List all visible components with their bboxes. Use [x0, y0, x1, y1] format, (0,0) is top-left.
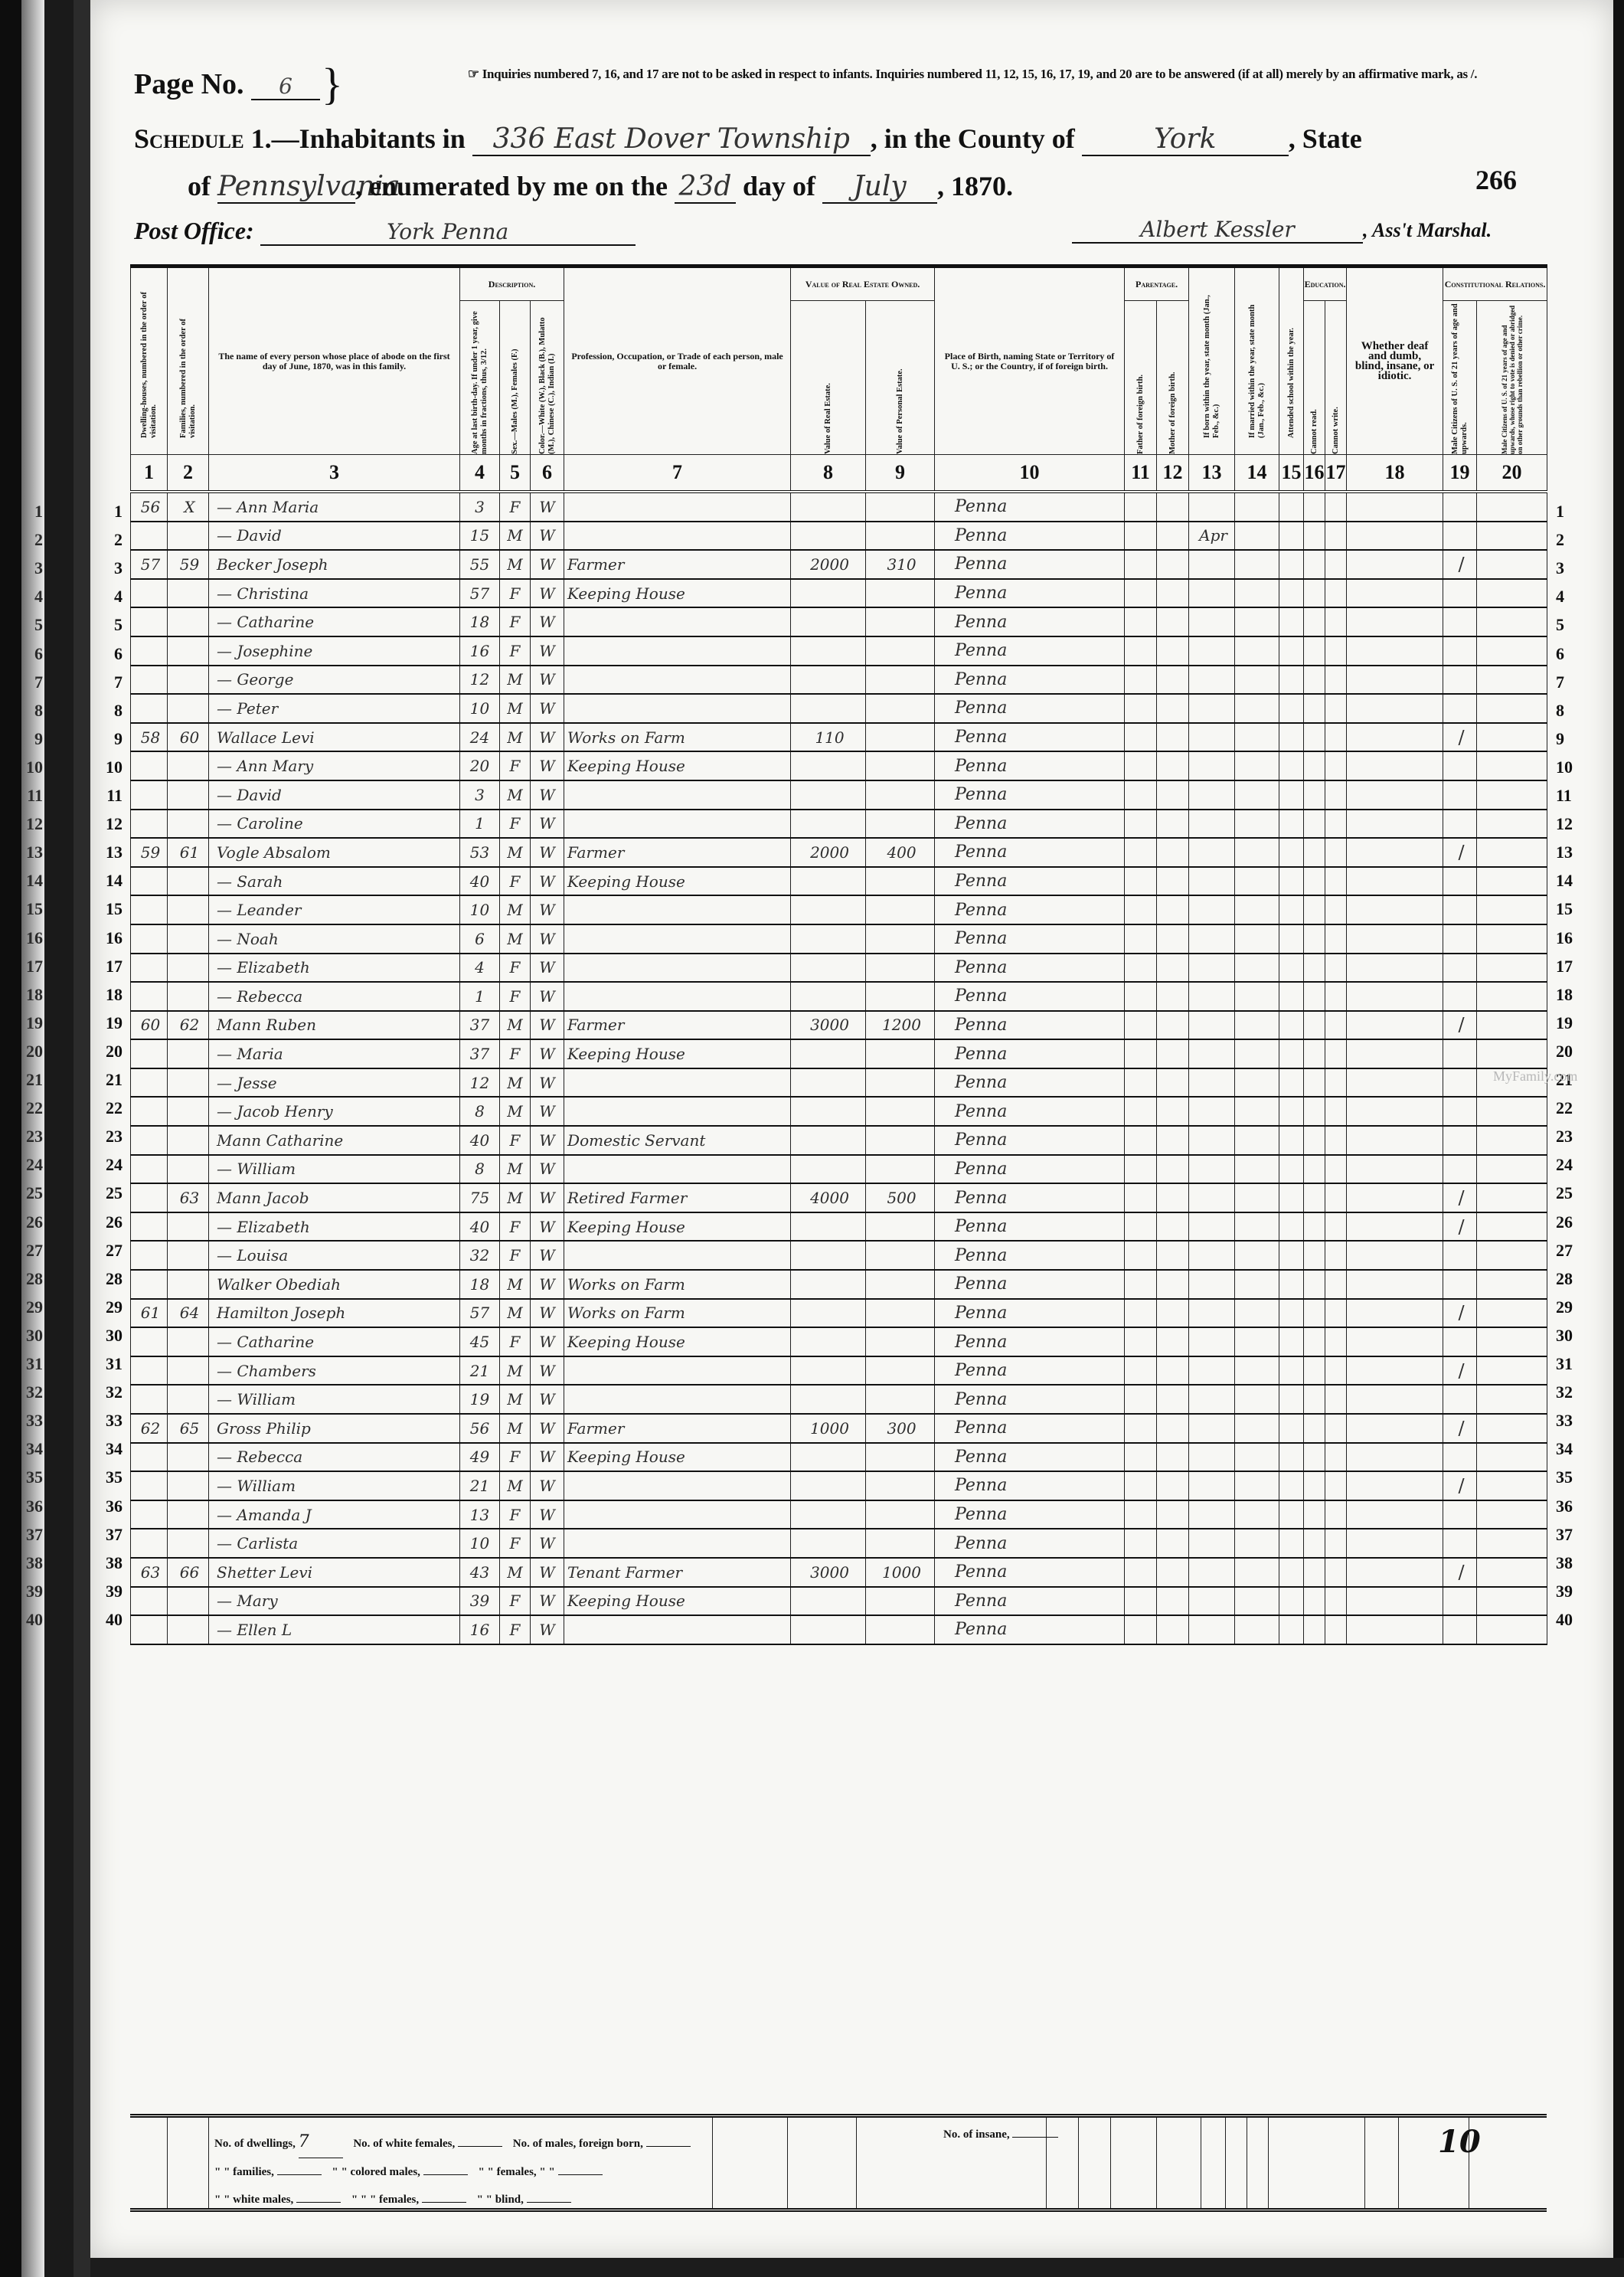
cannot-write-cell: [1325, 1558, 1347, 1587]
family-number: 66: [168, 1558, 209, 1587]
mother-foreign-cell: [1157, 1212, 1189, 1242]
sex-cell: M: [500, 1414, 531, 1443]
age-cell: 43: [460, 1558, 500, 1587]
mother-foreign-cell: [1157, 1241, 1189, 1270]
schedule-label: Schedule 1.: [134, 123, 272, 154]
male-citizen-mark: [1443, 579, 1477, 608]
sex-cell: M: [500, 723, 531, 752]
person-name: Becker Joseph: [209, 550, 460, 579]
disability-cell: [1347, 694, 1443, 723]
birthplace-cell: Penna: [935, 723, 1125, 752]
family-number: [168, 636, 209, 666]
age-cell: 49: [460, 1443, 500, 1472]
cannot-write-cell: [1325, 1097, 1347, 1126]
mother-foreign-cell: [1157, 1414, 1189, 1443]
personal-estate-cell: [866, 1126, 935, 1155]
born-month-cell: [1189, 1414, 1235, 1443]
line-number: 1: [1556, 502, 1564, 522]
person-name: — Christina: [209, 579, 460, 608]
sex-cell: F: [500, 982, 531, 1011]
person-name: — Catharine: [209, 607, 460, 636]
line-number: 4: [1556, 587, 1564, 607]
father-foreign-cell: [1125, 1183, 1157, 1212]
mother-foreign-cell: [1157, 1183, 1189, 1212]
family-number: [168, 982, 209, 1011]
born-month-cell: [1189, 867, 1235, 896]
vote-denied-cell: [1477, 1126, 1547, 1155]
father-foreign-cell: [1125, 982, 1157, 1011]
real-estate-cell: [791, 1471, 866, 1500]
age-cell: 16: [460, 1615, 500, 1644]
cannot-write-cell: [1325, 895, 1347, 924]
occupation-cell: [564, 1097, 791, 1126]
family-number: [168, 954, 209, 983]
born-month-cell: Apr: [1189, 522, 1235, 551]
cannot-read-cell: [1304, 607, 1325, 636]
real-estate-cell: [791, 1039, 866, 1068]
color-cell: W: [531, 666, 564, 695]
state-value: Pennsylvania: [217, 171, 355, 204]
age-cell: 75: [460, 1183, 500, 1212]
mother-foreign-cell: [1157, 666, 1189, 695]
school-cell: [1279, 838, 1304, 867]
birthplace-cell: Penna: [935, 1414, 1125, 1443]
cannot-read-cell: [1304, 1327, 1325, 1356]
line-number: 2: [1556, 530, 1564, 550]
vote-denied-cell: [1477, 579, 1547, 608]
table-row: Walker Obediah18MWWorks on FarmPenna: [131, 1270, 1547, 1299]
real-estate-cell: 2000: [791, 550, 866, 579]
month-value: July: [822, 171, 937, 204]
male-citizen-mark: [1443, 1270, 1477, 1299]
family-number: [168, 607, 209, 636]
school-cell: [1279, 810, 1304, 839]
age-cell: 8: [460, 1155, 500, 1184]
line-number: 5: [104, 615, 123, 635]
sex-cell: M: [500, 895, 531, 924]
marshal-signature-field: Albert Kessler, Ass't Marshal.: [1072, 217, 1492, 244]
line-number: 25: [104, 1183, 123, 1203]
born-month-cell: [1189, 982, 1235, 1011]
facing-page-line-number: 26: [26, 1212, 43, 1232]
married-month-cell: [1235, 1097, 1279, 1126]
line-number: 7: [104, 672, 123, 692]
county-value: York: [1082, 123, 1289, 156]
married-month-cell: [1235, 1615, 1279, 1644]
school-cell: [1279, 1615, 1304, 1644]
male-citizen-mark: /: [1443, 1299, 1477, 1328]
family-number: 61: [168, 838, 209, 867]
vote-denied-cell: [1477, 838, 1547, 867]
cannot-read-cell: [1304, 1385, 1325, 1414]
table-row: — Amanda J13FWPenna: [131, 1500, 1547, 1529]
header-color: Color.—White (W.), Black (B.), Mulatto (…: [531, 301, 564, 455]
personal-estate-cell: [866, 579, 935, 608]
occupation-cell: [564, 666, 791, 695]
birthplace-cell: Penna: [935, 780, 1125, 810]
age-cell: 10: [460, 1529, 500, 1558]
line-number: 12: [1556, 814, 1573, 834]
mother-foreign-cell: [1157, 1356, 1189, 1386]
line-number: 26: [1556, 1212, 1573, 1232]
married-month-cell: [1235, 1270, 1279, 1299]
occupation-cell: Keeping House: [564, 1587, 791, 1616]
occupation-cell: [564, 810, 791, 839]
township-value: 336 East Dover Township: [472, 123, 871, 156]
table-row: 63Mann Jacob75MWRetired Farmer4000500Pen…: [131, 1183, 1547, 1212]
father-foreign-cell: [1125, 1385, 1157, 1414]
table-row: — Mary39FWKeeping HousePenna: [131, 1587, 1547, 1616]
married-month-cell: [1235, 1558, 1279, 1587]
line-number: 30: [104, 1326, 123, 1346]
table-row: — William19MWPenna: [131, 1385, 1547, 1414]
color-cell: W: [531, 1615, 564, 1644]
line-number: 33: [104, 1411, 123, 1431]
occupation-cell: Domestic Servant: [564, 1126, 791, 1155]
mother-foreign-cell: [1157, 867, 1189, 896]
personal-estate-cell: [866, 1587, 935, 1616]
age-cell: 57: [460, 1299, 500, 1328]
birthplace-cell: Penna: [935, 982, 1125, 1011]
father-foreign-cell: [1125, 666, 1157, 695]
line-number: 16: [104, 928, 123, 948]
married-month-cell: [1235, 1039, 1279, 1068]
age-cell: 12: [460, 1068, 500, 1098]
facing-page-line-number: 25: [26, 1183, 43, 1203]
personal-estate-cell: [866, 492, 935, 522]
personal-estate-cell: [866, 1500, 935, 1529]
line-number: 30: [1556, 1326, 1573, 1346]
page-number-field: Page No. 6: [134, 67, 320, 101]
sex-cell: M: [500, 694, 531, 723]
watermark: MyFamily.com: [1493, 1068, 1577, 1085]
occupation-cell: Keeping House: [564, 579, 791, 608]
vote-denied-cell: [1477, 1327, 1547, 1356]
cannot-read-cell: [1304, 666, 1325, 695]
disability-cell: [1347, 1500, 1443, 1529]
age-cell: 16: [460, 636, 500, 666]
table-row: — Chambers21MWPenna/: [131, 1356, 1547, 1386]
born-month-cell: [1189, 1183, 1235, 1212]
person-name: Walker Obediah: [209, 1270, 460, 1299]
school-cell: [1279, 1212, 1304, 1242]
day-value: 23d: [675, 171, 736, 204]
born-month-cell: [1189, 1471, 1235, 1500]
disability-cell: [1347, 867, 1443, 896]
sex-cell: M: [500, 1356, 531, 1386]
birthplace-cell: Penna: [935, 694, 1125, 723]
person-name: — Catharine: [209, 1327, 460, 1356]
line-number: 8: [104, 701, 123, 721]
table-row: — Ellen L16FWPenna: [131, 1615, 1547, 1644]
header-parentage-group: Parentage.: [1125, 267, 1189, 301]
vote-denied-cell: [1477, 1155, 1547, 1184]
pointing-hand-icon: ☞: [468, 67, 482, 81]
person-name: — Ann Maria: [209, 492, 460, 522]
line-number: 22: [104, 1098, 123, 1118]
dwelling-number: [131, 1356, 168, 1386]
sex-cell: F: [500, 1587, 531, 1616]
dwelling-number: [131, 1097, 168, 1126]
sex-cell: F: [500, 607, 531, 636]
dwelling-number: [131, 522, 168, 551]
occupation-cell: [564, 1500, 791, 1529]
disability-cell: [1347, 1529, 1443, 1558]
line-number: 31: [104, 1354, 123, 1374]
real-estate-cell: [791, 1270, 866, 1299]
cannot-write-cell: [1325, 550, 1347, 579]
facing-page-line-number: 15: [26, 899, 43, 919]
personal-estate-cell: [866, 723, 935, 752]
personal-estate-cell: [866, 780, 935, 810]
birthplace-cell: Penna: [935, 1356, 1125, 1386]
father-foreign-cell: [1125, 1097, 1157, 1126]
vote-denied-cell: [1477, 1270, 1547, 1299]
line-number: 29: [1556, 1297, 1573, 1317]
cannot-write-cell: [1325, 579, 1347, 608]
cannot-write-cell: [1325, 751, 1347, 780]
facing-page-line-number: 27: [26, 1241, 43, 1261]
disability-cell: [1347, 982, 1443, 1011]
line-number: 16: [1556, 928, 1573, 948]
facing-page-line-number: 20: [26, 1042, 43, 1062]
disability-cell: [1347, 1615, 1443, 1644]
line-number: 27: [1556, 1241, 1573, 1261]
father-foreign-cell: [1125, 522, 1157, 551]
person-name: — George: [209, 666, 460, 695]
born-month-cell: [1189, 751, 1235, 780]
cannot-write-cell: [1325, 607, 1347, 636]
vote-denied-cell: [1477, 1011, 1547, 1040]
born-month-cell: [1189, 780, 1235, 810]
school-cell: [1279, 1587, 1304, 1616]
vote-denied-cell: [1477, 1558, 1547, 1587]
real-estate-cell: [791, 1529, 866, 1558]
color-cell: W: [531, 492, 564, 522]
family-number: 62: [168, 1011, 209, 1040]
vote-denied-cell: [1477, 1414, 1547, 1443]
personal-estate-cell: [866, 954, 935, 983]
person-name: Wallace Levi: [209, 723, 460, 752]
family-number: [168, 694, 209, 723]
disability-cell: [1347, 1212, 1443, 1242]
line-number: 36: [1556, 1497, 1573, 1516]
birthplace-cell: Penna: [935, 1385, 1125, 1414]
facing-page-line-number: 6: [26, 644, 43, 664]
table-row: — Elizabeth40FWKeeping HousePenna/: [131, 1212, 1547, 1242]
cannot-write-cell: [1325, 1212, 1347, 1242]
line-number: 17: [1556, 957, 1573, 977]
personal-estate-cell: [866, 867, 935, 896]
born-month-cell: [1189, 1097, 1235, 1126]
real-estate-cell: [791, 1500, 866, 1529]
father-foreign-cell: [1125, 1039, 1157, 1068]
line-number: 14: [104, 871, 123, 891]
father-foreign-cell: [1125, 1126, 1157, 1155]
born-month-cell: [1189, 579, 1235, 608]
disability-cell: [1347, 666, 1443, 695]
person-name: — David: [209, 522, 460, 551]
table-row: — George12MWPenna: [131, 666, 1547, 695]
header-married-month: If married within the year, state month …: [1235, 267, 1279, 455]
color-cell: W: [531, 607, 564, 636]
age-cell: 21: [460, 1356, 500, 1386]
line-number: 28: [104, 1269, 123, 1289]
cannot-read-cell: [1304, 1270, 1325, 1299]
occupation-cell: [564, 982, 791, 1011]
sex-cell: F: [500, 810, 531, 839]
married-month-cell: [1235, 1126, 1279, 1155]
disability-cell: [1347, 723, 1443, 752]
line-number: 38: [104, 1553, 123, 1573]
dwelling-number: [131, 1241, 168, 1270]
male-citizen-mark: [1443, 1385, 1477, 1414]
cannot-write-cell: [1325, 694, 1347, 723]
birthplace-cell: Penna: [935, 579, 1125, 608]
person-name: — Sarah: [209, 867, 460, 896]
male-citizen-mark: [1443, 1615, 1477, 1644]
mother-foreign-cell: [1157, 607, 1189, 636]
father-foreign-cell: [1125, 751, 1157, 780]
real-estate-cell: [791, 666, 866, 695]
facing-page-line-number: 7: [26, 672, 43, 692]
born-month-cell: [1189, 694, 1235, 723]
father-foreign-cell: [1125, 1529, 1157, 1558]
age-cell: 21: [460, 1471, 500, 1500]
facing-page-line-number: 17: [26, 957, 43, 977]
school-cell: [1279, 1299, 1304, 1328]
male-citizen-mark: /: [1443, 550, 1477, 579]
vote-denied-cell: [1477, 1097, 1547, 1126]
facing-page-line-number: 40: [26, 1610, 43, 1630]
born-month-cell: [1189, 1529, 1235, 1558]
disability-cell: [1347, 924, 1443, 954]
cannot-write-cell: [1325, 1327, 1347, 1356]
occupation-cell: Farmer: [564, 838, 791, 867]
facing-page-line-number: 4: [26, 587, 43, 607]
line-number: 29: [104, 1297, 123, 1317]
color-cell: W: [531, 1500, 564, 1529]
cannot-read-cell: [1304, 751, 1325, 780]
mother-foreign-cell: [1157, 694, 1189, 723]
vote-denied-cell: [1477, 607, 1547, 636]
married-month-cell: [1235, 924, 1279, 954]
occupation-cell: [564, 1471, 791, 1500]
born-month-cell: [1189, 723, 1235, 752]
header-constitutional-group: Constitutional Relations.: [1443, 267, 1547, 301]
birthplace-cell: Penna: [935, 1500, 1125, 1529]
vote-denied-cell: [1477, 1443, 1547, 1472]
sex-cell: M: [500, 1558, 531, 1587]
family-number: [168, 1241, 209, 1270]
disability-cell: [1347, 607, 1443, 636]
cannot-write-cell: [1325, 954, 1347, 983]
color-cell: W: [531, 550, 564, 579]
table-row: 5759Becker Joseph55MWFarmer2000310Penna/: [131, 550, 1547, 579]
married-month-cell: [1235, 1241, 1279, 1270]
born-month-cell: [1189, 550, 1235, 579]
disability-cell: [1347, 1471, 1443, 1500]
table-row: 6366Shetter Levi43MWTenant Farmer3000100…: [131, 1558, 1547, 1587]
disability-cell: [1347, 1587, 1443, 1616]
birthplace-cell: Penna: [935, 1155, 1125, 1184]
table-row: — Noah6MWPenna: [131, 924, 1547, 954]
sex-cell: M: [500, 1155, 531, 1184]
male-citizen-mark: [1443, 1126, 1477, 1155]
male-citizen-mark: [1443, 954, 1477, 983]
family-number: [168, 1443, 209, 1472]
male-citizen-mark: /: [1443, 1356, 1477, 1386]
disability-cell: [1347, 751, 1443, 780]
personal-estate-cell: [866, 924, 935, 954]
sex-cell: F: [500, 751, 531, 780]
color-cell: W: [531, 1183, 564, 1212]
vote-denied-cell: [1477, 751, 1547, 780]
age-cell: 3: [460, 492, 500, 522]
line-number: 23: [104, 1127, 123, 1147]
male-citizen-mark: [1443, 780, 1477, 810]
facing-page-line-number: 11: [26, 786, 43, 806]
disability-cell: [1347, 1356, 1443, 1386]
table-row: 6062Mann Ruben37MWFarmer30001200Penna/: [131, 1011, 1547, 1040]
disability-cell: [1347, 1183, 1443, 1212]
birthplace-cell: Penna: [935, 1212, 1125, 1242]
mother-foreign-cell: [1157, 1500, 1189, 1529]
marshal-signature: Albert Kessler: [1072, 217, 1363, 244]
person-name: — Elizabeth: [209, 1212, 460, 1242]
cannot-read-cell: [1304, 1039, 1325, 1068]
disability-cell: [1347, 895, 1443, 924]
school-cell: [1279, 636, 1304, 666]
table-row: — Jacob Henry8MWPenna: [131, 1097, 1547, 1126]
school-cell: [1279, 1443, 1304, 1472]
color-cell: W: [531, 1097, 564, 1126]
cannot-write-cell: [1325, 1414, 1347, 1443]
male-citizen-mark: [1443, 895, 1477, 924]
sex-cell: F: [500, 867, 531, 896]
school-cell: [1279, 550, 1304, 579]
school-cell: [1279, 1068, 1304, 1098]
family-number: [168, 1039, 209, 1068]
real-estate-cell: [791, 1356, 866, 1386]
header-cannot-write: Cannot write.: [1325, 301, 1347, 455]
mother-foreign-cell: [1157, 1039, 1189, 1068]
dwelling-number: 61: [131, 1299, 168, 1328]
personal-estate-cell: 1000: [866, 1558, 935, 1587]
vote-denied-cell: [1477, 982, 1547, 1011]
age-cell: 8: [460, 1097, 500, 1126]
cannot-write-cell: [1325, 838, 1347, 867]
mother-foreign-cell: [1157, 1270, 1189, 1299]
color-cell: W: [531, 1155, 564, 1184]
married-month-cell: [1235, 751, 1279, 780]
family-number: [168, 1587, 209, 1616]
birthplace-cell: Penna: [935, 1270, 1125, 1299]
disability-cell: [1347, 810, 1443, 839]
cannot-read-cell: [1304, 1587, 1325, 1616]
dwelling-number: 56: [131, 492, 168, 522]
line-number: 13: [104, 842, 123, 862]
color-cell: W: [531, 982, 564, 1011]
table-row: 5860Wallace Levi24MWWorks on Farm110Penn…: [131, 723, 1547, 752]
person-name: — Rebecca: [209, 982, 460, 1011]
dwelling-number: [131, 694, 168, 723]
school-cell: [1279, 1414, 1304, 1443]
sex-cell: F: [500, 1529, 531, 1558]
male-citizen-mark: /: [1443, 1414, 1477, 1443]
male-citizen-mark: [1443, 867, 1477, 896]
line-number: 1: [104, 502, 123, 522]
